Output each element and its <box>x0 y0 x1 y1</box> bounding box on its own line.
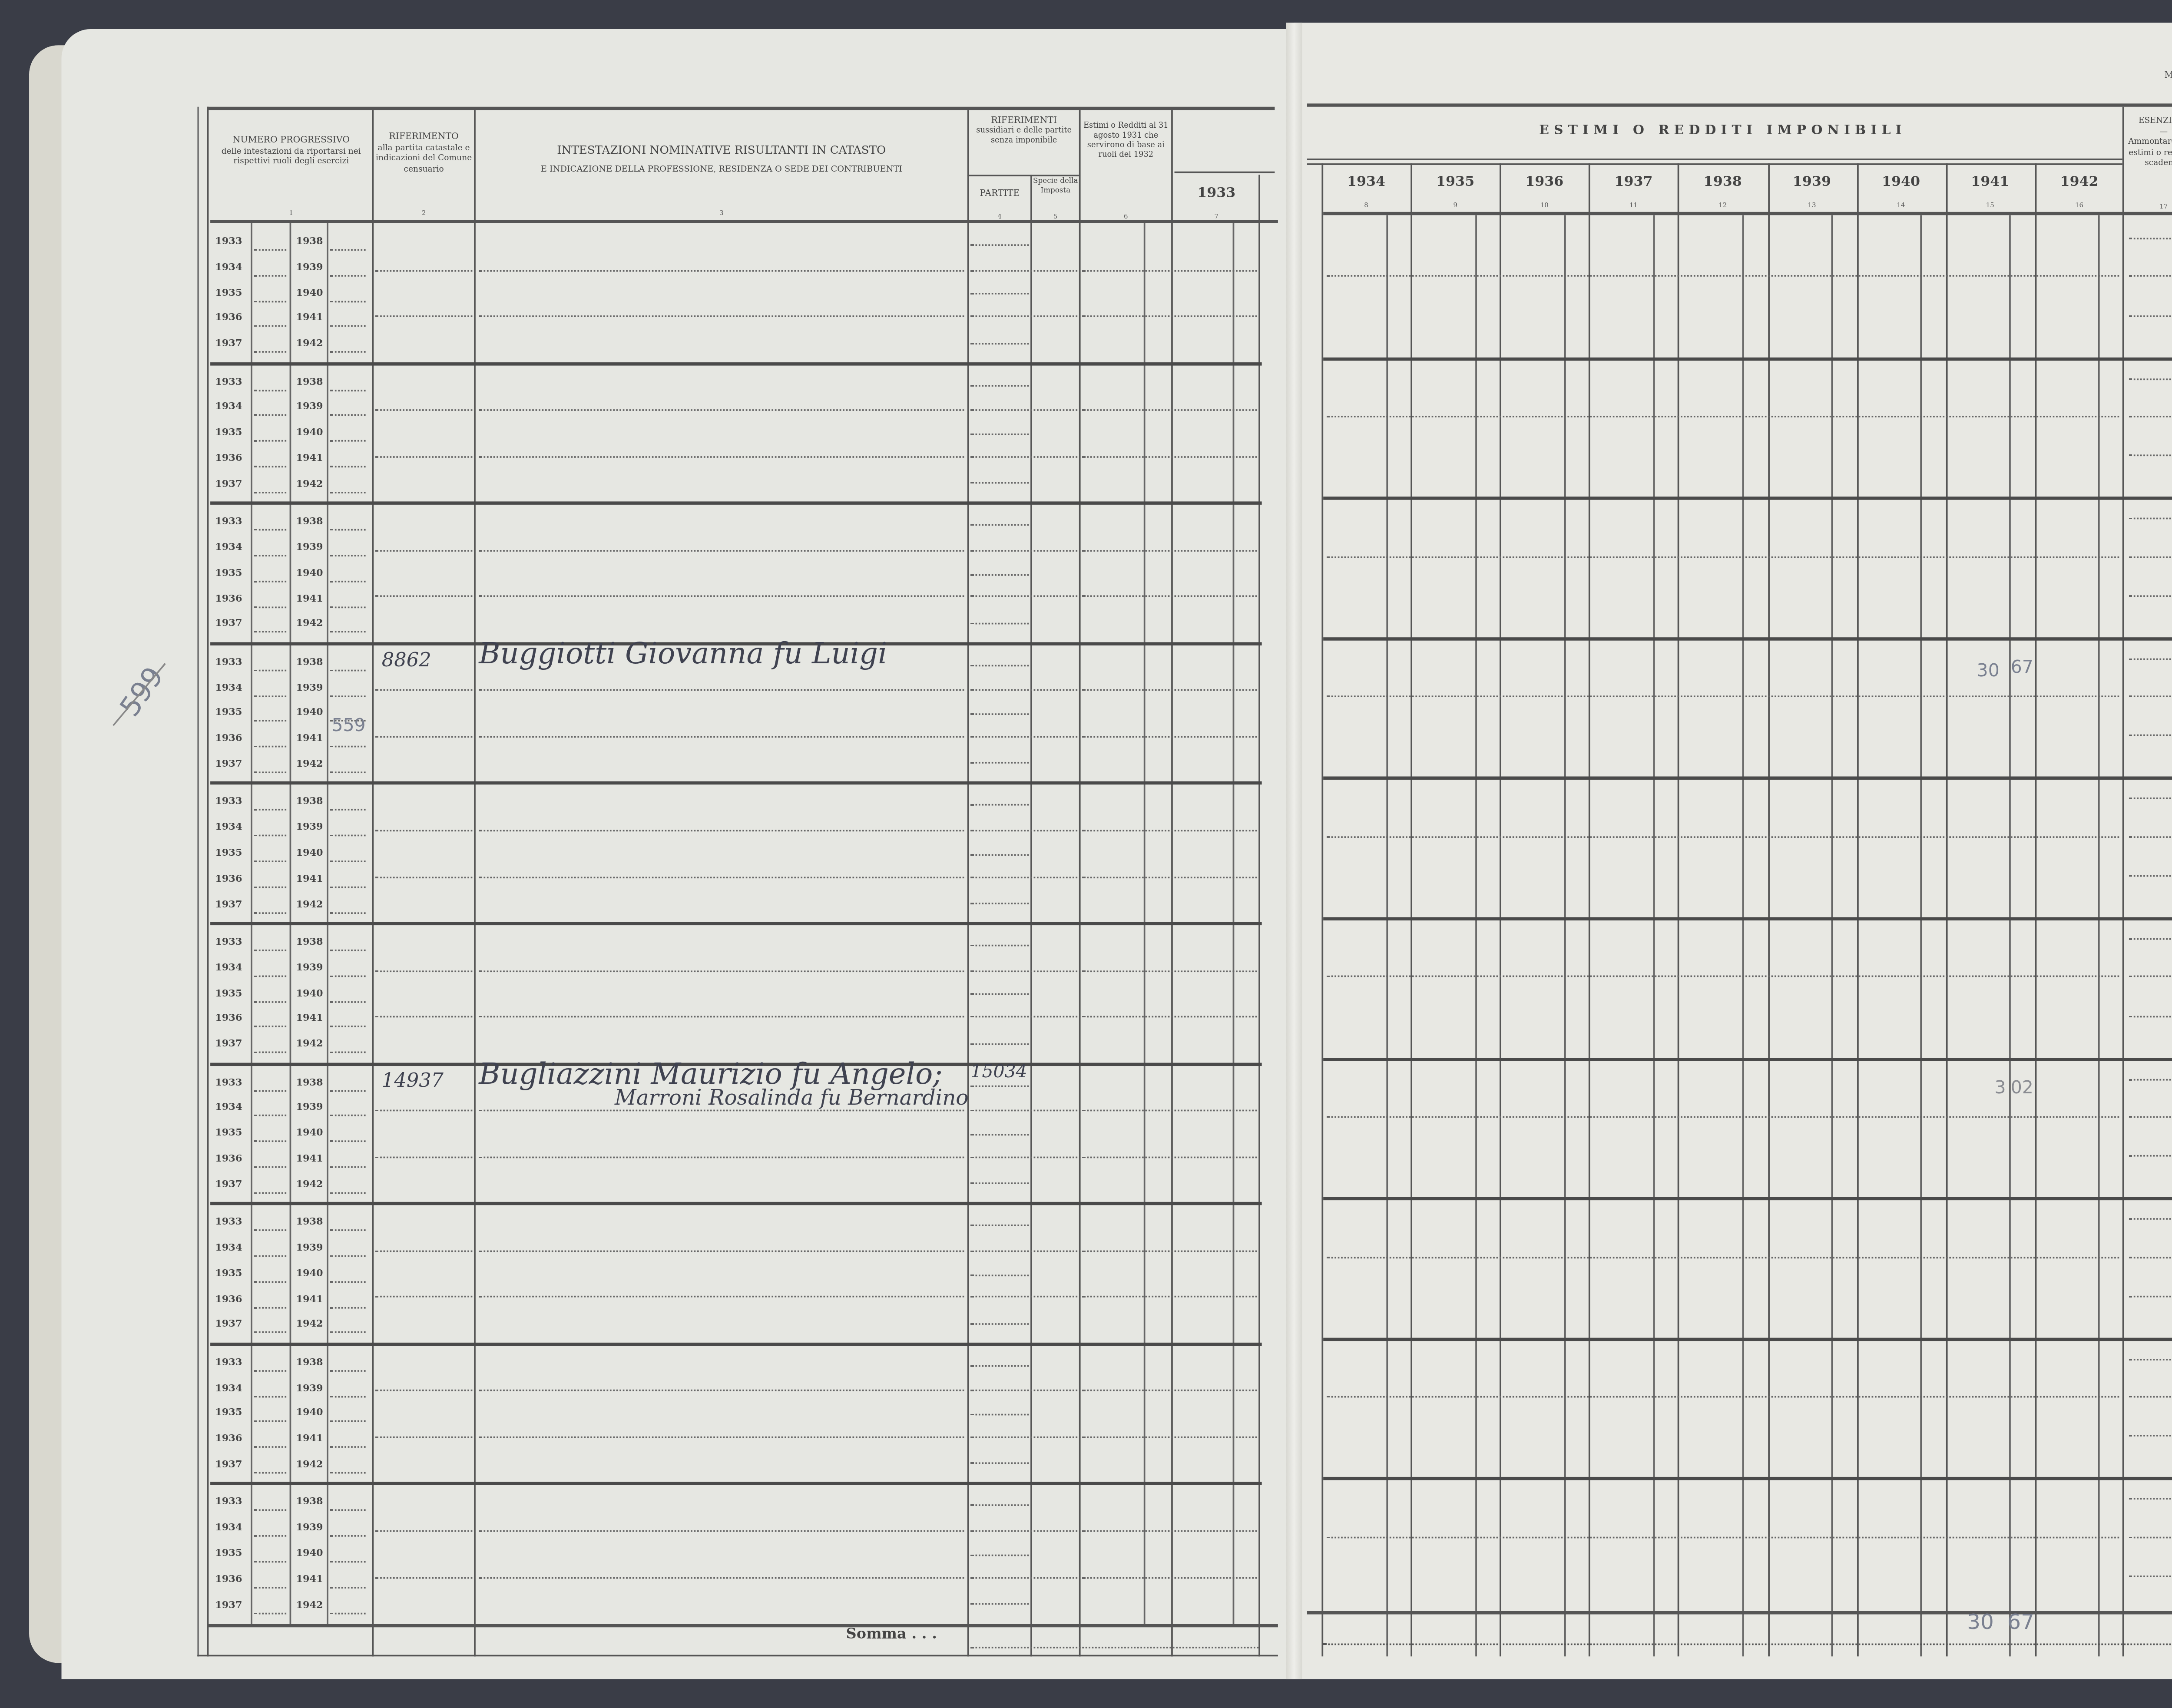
somma-label: Somma . . . <box>846 1627 937 1643</box>
col5-number: 5 <box>1032 212 1079 220</box>
year-label-left: 1936 <box>215 313 242 324</box>
year-column-number: 13 <box>1767 201 1856 209</box>
year-label-left: 1933 <box>215 1357 242 1368</box>
col2-number: 2 <box>375 209 472 217</box>
partite-value: 15034 <box>970 1060 1027 1081</box>
entry-margin-note: 559 <box>331 715 365 735</box>
year-label-right: 1941 <box>296 453 323 464</box>
year-label-left: 1933 <box>215 376 242 387</box>
year-label-left: 1937 <box>215 899 242 910</box>
year-label-right: 1938 <box>296 1357 323 1368</box>
col2-header: RIFERIMENTO alla partita catastale e ind… <box>375 132 472 175</box>
year-column-number: 8 <box>1321 201 1410 209</box>
year-label-right: 1941 <box>296 733 323 745</box>
year-label-left: 1936 <box>215 733 242 745</box>
year-label-right: 1941 <box>296 873 323 884</box>
year-label-left: 1933 <box>215 236 242 248</box>
year-column-number: 10 <box>1500 201 1589 209</box>
year-label-right: 1942 <box>296 338 323 350</box>
year-label-left: 1934 <box>215 262 242 273</box>
year-label-left: 1936 <box>215 1013 242 1025</box>
year-label-right: 1941 <box>296 313 323 324</box>
year-label-right: 1939 <box>296 682 323 693</box>
left-page <box>62 29 1295 1679</box>
year-label-right: 1940 <box>296 708 323 719</box>
ledger-scan: NUMERO PROGRESSIVO delle intestazioni da… <box>0 0 2172 1708</box>
year-label-right: 1942 <box>296 1459 323 1470</box>
year-column-header: 1936 <box>1500 175 1589 191</box>
year-column-number: 14 <box>1857 201 1946 209</box>
year-label-right: 1939 <box>296 1523 323 1534</box>
year-label-left: 1937 <box>215 619 242 630</box>
year-label-right: 1938 <box>296 236 323 248</box>
somma-1941-integer: 30 <box>1967 1611 1994 1635</box>
year-column-number: 11 <box>1589 201 1678 209</box>
year-column-header: 1939 <box>1767 175 1856 191</box>
year-label-left: 1937 <box>215 1179 242 1190</box>
esenzioni-header: ESENZIONI — Ammontare degli estimi o red… <box>2124 116 2172 169</box>
col45-header: RIFERIMENTI sussidiari e delle partite s… <box>969 116 1079 148</box>
year-label-left: 1935 <box>215 567 242 579</box>
year-label-left: 1933 <box>215 1077 242 1088</box>
year-label-right: 1942 <box>296 1319 323 1330</box>
right-page <box>1294 23 2172 1679</box>
year-label-right: 1938 <box>296 656 323 668</box>
col3-subtitle: E INDICAZIONE DELLA PROFESSIONE, RESIDEN… <box>479 164 964 175</box>
year-label-right: 1942 <box>296 619 323 630</box>
year-label-right: 1938 <box>296 1217 323 1228</box>
year-label-right: 1939 <box>296 1382 323 1394</box>
year-label-left: 1935 <box>215 1408 242 1419</box>
year-label-right: 1938 <box>296 516 323 528</box>
year-label-left: 1934 <box>215 1102 242 1113</box>
year-column-header: 1934 <box>1321 175 1410 191</box>
year-label-right: 1938 <box>296 1077 323 1088</box>
esenzioni-number: 17 <box>2124 202 2172 210</box>
entry7-1941-integer: 3 <box>1995 1077 2006 1098</box>
year-label-right: 1939 <box>296 542 323 553</box>
year-label-left: 1933 <box>215 797 242 808</box>
year-label-left: 1935 <box>215 708 242 719</box>
year-label-left: 1936 <box>215 1294 242 1305</box>
form-code: Mod. 111 - Imposte Dirette (Intercalare)… <box>2165 71 2172 81</box>
year-label-right: 1942 <box>296 479 323 490</box>
year-label-left: 1934 <box>215 1242 242 1254</box>
col1-header: NUMERO PROGRESSIVO delle intestazioni da… <box>214 136 369 168</box>
year-label-left: 1937 <box>215 1599 242 1610</box>
year-column-number: 9 <box>1411 201 1500 209</box>
esenzioni-title: ESENZIONI <box>2124 116 2172 127</box>
year-label-right: 1942 <box>296 899 323 910</box>
year-column-header: 1935 <box>1411 175 1500 191</box>
year-label-left: 1936 <box>215 1153 242 1165</box>
year-column-number: 12 <box>1678 201 1767 209</box>
year-label-left: 1935 <box>215 1268 242 1279</box>
year-label-left: 1934 <box>215 402 242 413</box>
year-label-right: 1942 <box>296 1599 323 1610</box>
estimi-title: ESTIMI O REDDITI IMPONIBILI <box>1327 121 2119 137</box>
year-label-right: 1941 <box>296 1013 323 1025</box>
year-label-right: 1940 <box>296 847 323 859</box>
taxpayer-name: Buggiotti Giovanna fu Luigi <box>479 637 887 671</box>
year-label-right: 1938 <box>296 937 323 948</box>
year-label-left: 1934 <box>215 1523 242 1534</box>
year-label-right: 1938 <box>296 797 323 808</box>
year-column-header: 1941 <box>1946 175 2035 191</box>
year-column-header: 1942 <box>2035 175 2124 191</box>
year-label-left: 1933 <box>215 1217 242 1228</box>
year-label-right: 1939 <box>296 262 323 273</box>
year-label-right: 1938 <box>296 1497 323 1508</box>
col3-title: INTESTAZIONI NOMINATIVE RISULTANTI IN CA… <box>479 146 964 156</box>
year-column-header: 1937 <box>1589 175 1678 191</box>
year-label-right: 1941 <box>296 593 323 604</box>
year-label-left: 1935 <box>215 427 242 439</box>
somma-1941-decimal: 67 <box>2007 1611 2034 1635</box>
year-label-right: 1940 <box>296 1408 323 1419</box>
entry4-1941-decimal: 67 <box>2011 657 2033 678</box>
col2-subtitle: alla partita catastale e indicazioni del… <box>375 143 472 175</box>
col4-title: PARTITE <box>969 189 1031 200</box>
year-label-left: 1937 <box>215 1319 242 1330</box>
year-label-right: 1938 <box>296 376 323 387</box>
partita-reference: 8862 <box>382 649 431 671</box>
year-label-right: 1939 <box>296 1242 323 1254</box>
year-label-right: 1941 <box>296 1294 323 1305</box>
year-label-right: 1940 <box>296 287 323 298</box>
year-label-left: 1936 <box>215 1574 242 1585</box>
year-label-left: 1936 <box>215 1433 242 1445</box>
year-label-left: 1934 <box>215 682 242 693</box>
col45-title: RIFERIMENTI <box>969 116 1079 127</box>
year-label-left: 1934 <box>215 962 242 973</box>
year-label-left: 1935 <box>215 847 242 859</box>
year-label-left: 1934 <box>215 1382 242 1394</box>
year-label-left: 1937 <box>215 479 242 490</box>
year-label-right: 1939 <box>296 402 323 413</box>
year-label-right: 1940 <box>296 1268 323 1279</box>
year-label-left: 1937 <box>215 338 242 350</box>
year-label-left: 1935 <box>215 1548 242 1559</box>
col6-title: Estimi o Redditi al 31 agosto 1931 che s… <box>1081 123 1172 162</box>
year-label-right: 1939 <box>296 962 323 973</box>
year-label-left: 1937 <box>215 1039 242 1050</box>
year-label-left: 1935 <box>215 1128 242 1139</box>
book-gutter <box>1286 23 1302 1679</box>
entry4-1941-integer: 30 <box>1977 660 2000 681</box>
esenzioni-subtitle: Ammontare degli estimi o redditi o scade… <box>2124 138 2172 169</box>
col2-title: RIFERIMENTO <box>375 132 472 143</box>
col45-subtitle: sussidiari e delle partite senza imponib… <box>969 127 1079 148</box>
col1-title: NUMERO PROGRESSIVO <box>214 136 369 146</box>
col4-number: 4 <box>969 212 1031 220</box>
year-column-number: 15 <box>1946 201 2035 209</box>
col1-subtitle: delle intestazioni da riportarsi nei ris… <box>214 146 369 167</box>
year-label-right: 1940 <box>296 988 323 999</box>
esenzioni-dash: — <box>2124 127 2172 137</box>
year-label-right: 1941 <box>296 1574 323 1585</box>
partita-reference: 14937 <box>382 1069 444 1091</box>
year-label-left: 1935 <box>215 287 242 298</box>
col1-number: 1 <box>214 209 369 217</box>
year-column-number: 16 <box>2035 201 2124 209</box>
year-label-right: 1939 <box>296 822 323 833</box>
year-column-header: 1938 <box>1678 175 1767 191</box>
year-label-right: 1942 <box>296 1179 323 1190</box>
year-label-left: 1936 <box>215 873 242 884</box>
year-label-right: 1940 <box>296 567 323 579</box>
col3-number: 3 <box>479 209 964 217</box>
year-label-left: 1934 <box>215 822 242 833</box>
year-label-right: 1940 <box>296 1128 323 1139</box>
taxpayer-name-secondary: Marroni Rosalinda fu Bernardino <box>615 1086 968 1111</box>
year-label-right: 1942 <box>296 1039 323 1050</box>
col7-number: 7 <box>1175 212 1259 220</box>
year-label-left: 1933 <box>215 656 242 668</box>
col5-title: Specie della Imposta <box>1032 178 1079 196</box>
year-label-left: 1937 <box>215 1459 242 1470</box>
year-label-left: 1936 <box>215 593 242 604</box>
year-label-right: 1940 <box>296 427 323 439</box>
year-label-left: 1933 <box>215 516 242 528</box>
col7-year: 1933 <box>1175 186 1259 202</box>
year-column-header: 1940 <box>1857 175 1946 191</box>
col6-number: 6 <box>1081 212 1172 220</box>
year-label-left: 1935 <box>215 988 242 999</box>
year-label-right: 1941 <box>296 1153 323 1165</box>
year-label-left: 1936 <box>215 453 242 464</box>
year-label-left: 1933 <box>215 1497 242 1508</box>
year-label-left: 1937 <box>215 759 242 770</box>
year-label-left: 1933 <box>215 937 242 948</box>
year-label-right: 1942 <box>296 759 323 770</box>
year-label-right: 1939 <box>296 1102 323 1113</box>
entry7-1941-decimal: 02 <box>2011 1077 2033 1098</box>
year-label-right: 1940 <box>296 1548 323 1559</box>
year-label-right: 1941 <box>296 1433 323 1445</box>
year-label-left: 1934 <box>215 542 242 553</box>
col3-header: INTESTAZIONI NOMINATIVE RISULTANTI IN CA… <box>479 146 964 175</box>
